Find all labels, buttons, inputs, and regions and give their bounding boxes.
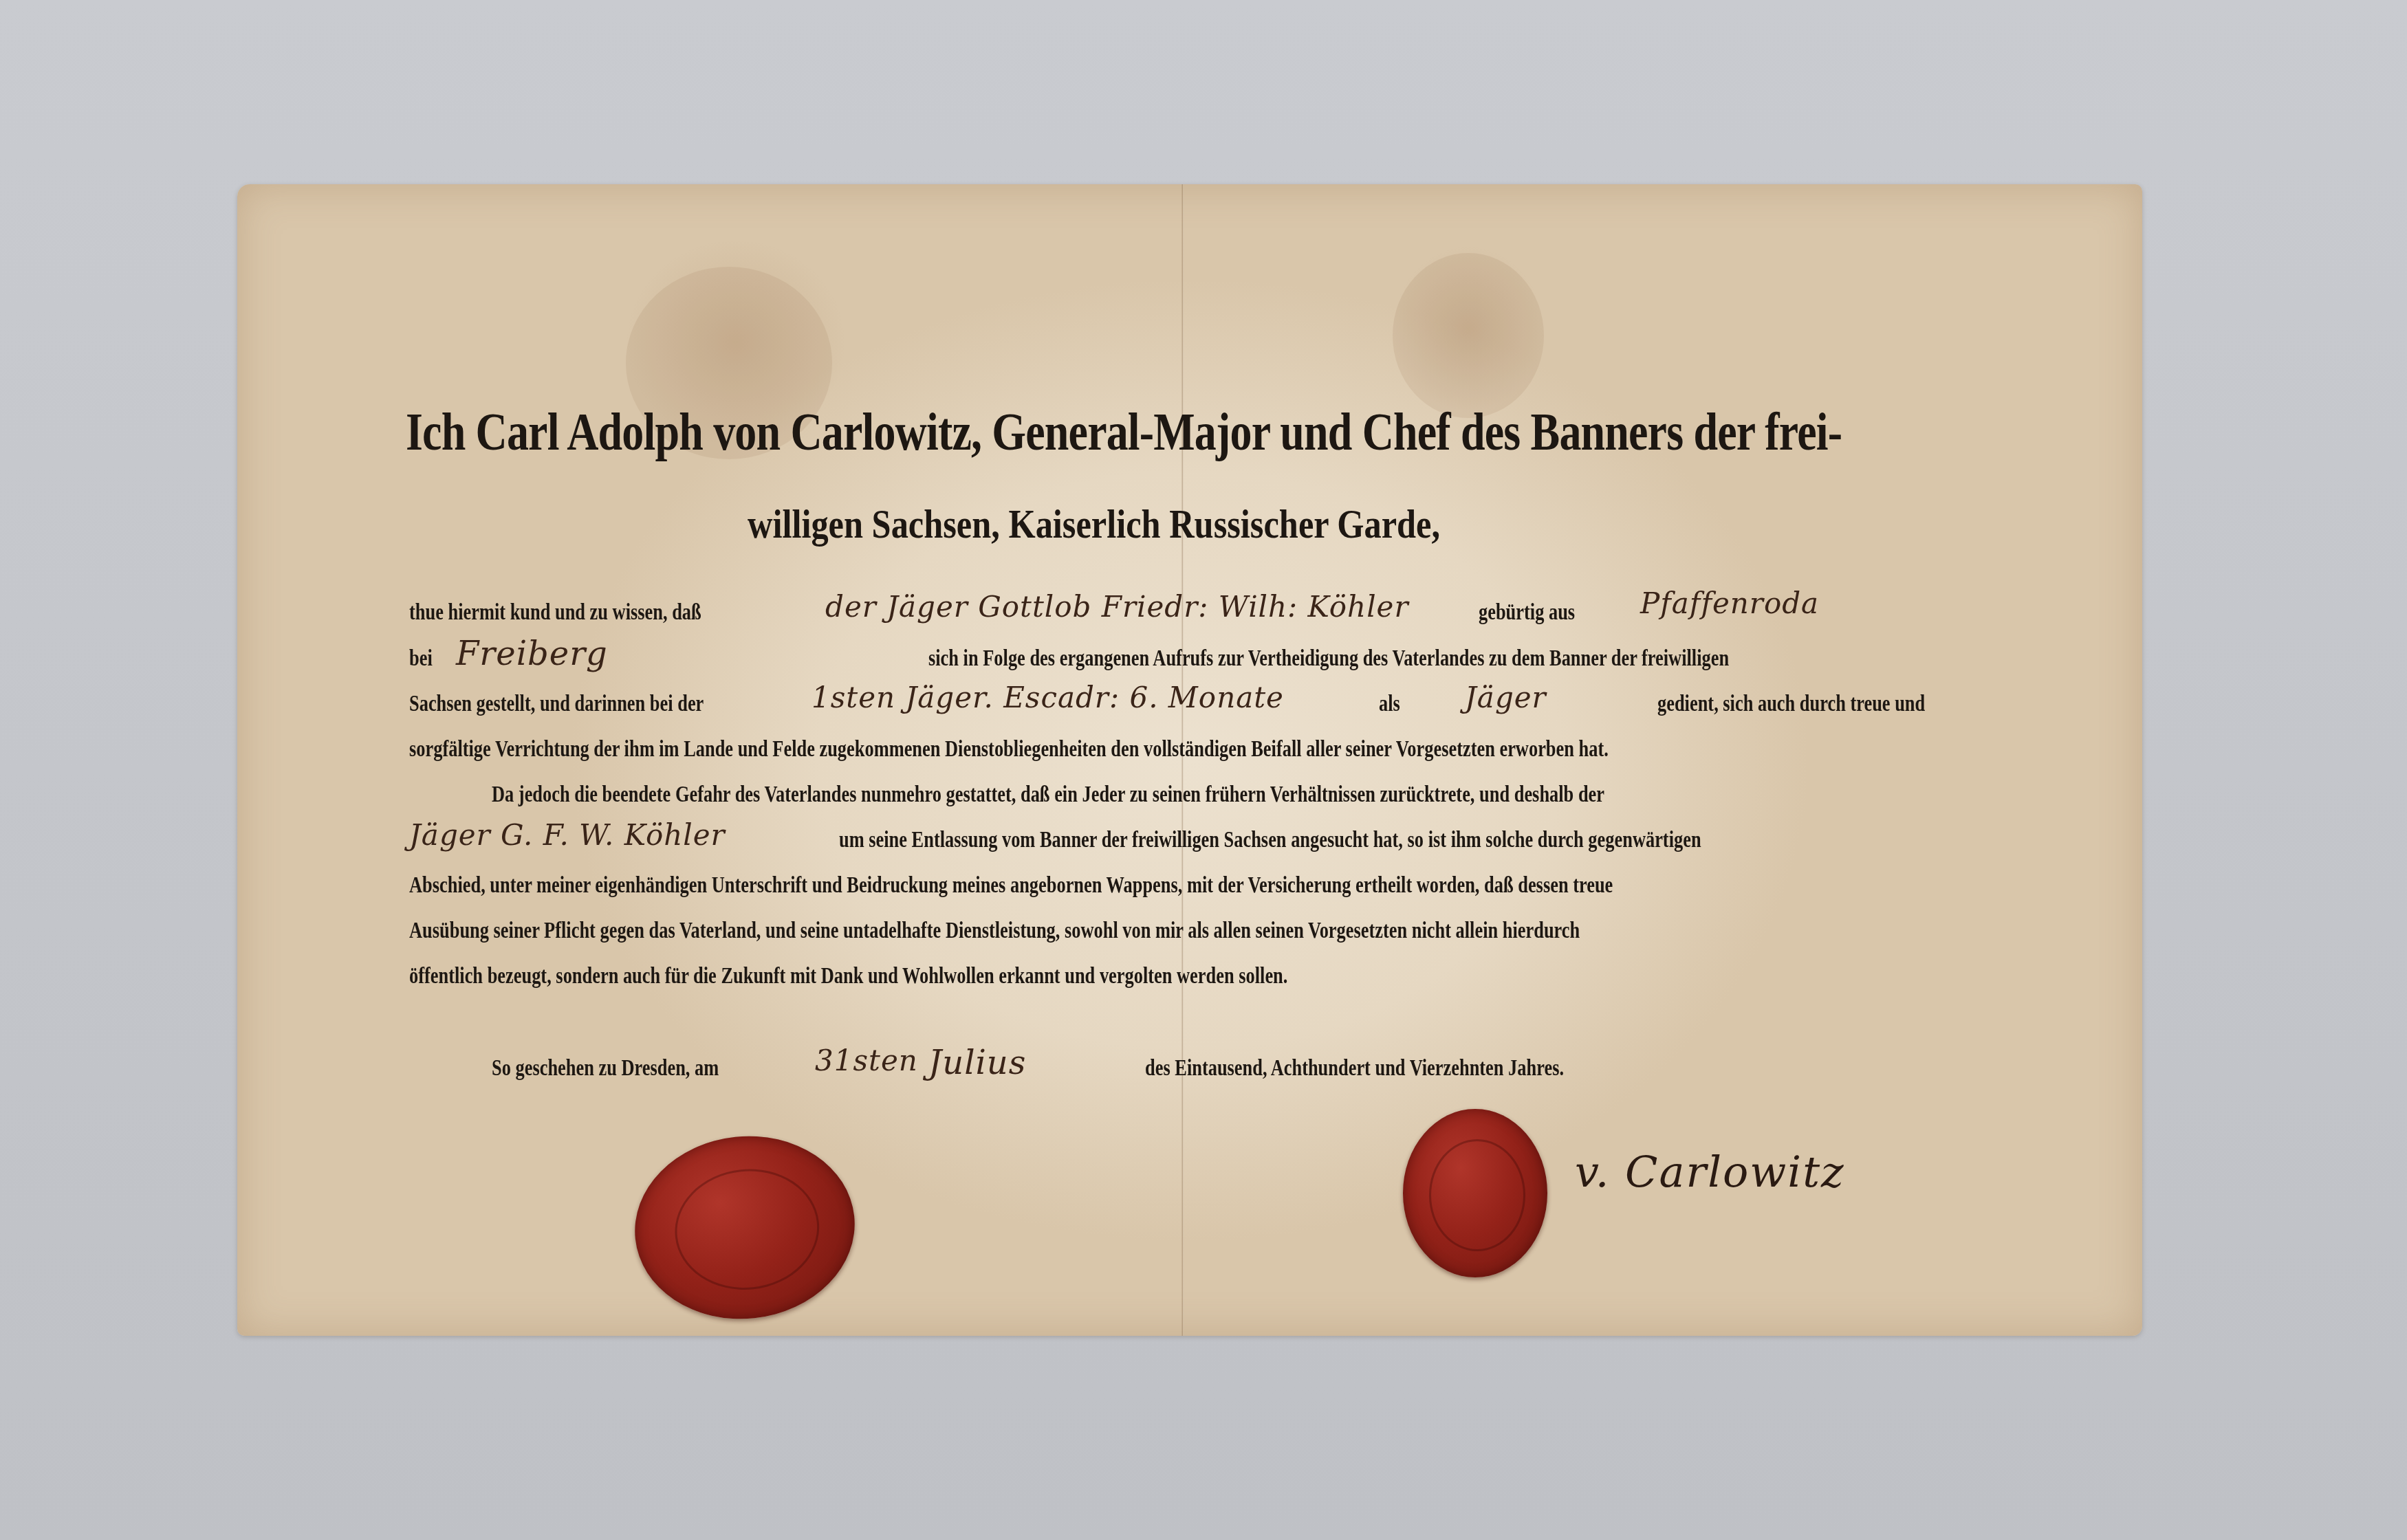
handwritten-town: Freiberg (456, 635, 608, 673)
body-line-2-printed-a: bei (409, 646, 433, 672)
body-line-7: Abschied, unter meiner eigenhändigen Unt… (409, 873, 1613, 899)
body-line-1-printed-a: thue hiermit kund und zu wissen, daß (409, 600, 701, 626)
body-line-3-printed-c: gedient, sich auch durch treue und (1657, 692, 1925, 717)
handwritten-unit: 1sten Jäger. Escadr: 6. Monate (812, 681, 1284, 714)
body-line-5: Da jedoch die beendete Gefahr des Vaterl… (492, 782, 1604, 808)
signature: v. Carlowitz (1575, 1147, 1845, 1197)
left-wax-seal (626, 1125, 864, 1330)
handwritten-month: Julius (928, 1044, 1026, 1082)
heading-line-2: willigen Sachsen, Kaiserlich Russischer … (748, 500, 1440, 548)
right-wax-seal (1403, 1109, 1547, 1277)
dateline-printed-b: des Eintausend, Achthundert und Vierzehn… (1145, 1056, 1564, 1081)
handwritten-day: 31sten (815, 1044, 918, 1077)
body-line-9: öffentlich bezeugt, sondern auch für die… (409, 964, 1287, 989)
handwritten-birthplace: Pfaffenroda (1640, 586, 1819, 620)
body-line-2-printed-b: sich in Folge des ergangenen Aufrufs zur… (928, 646, 1729, 672)
dateline-printed-a: So geschehen zu Dresden, am (492, 1056, 719, 1081)
certificate-paper: Ich Carl Adolph von Carlowitz, General-M… (237, 184, 2142, 1336)
water-stain-right (1393, 253, 1544, 418)
body-line-3-printed-b: als (1379, 692, 1400, 717)
body-line-3-printed-a: Sachsen gestellt, und darinnen bei der (409, 692, 704, 717)
heading-line-1: Ich Carl Adolph von Carlowitz, General-M… (406, 401, 1842, 463)
handwritten-name-short: Jäger G. F. W. Köhler (409, 818, 726, 852)
body-line-8: Ausübung seiner Pflicht gegen das Vaterl… (409, 918, 1580, 944)
handwritten-rank: Jäger (1465, 681, 1547, 714)
body-line-4: sorgfältige Verrichtung der ihm im Lande… (409, 737, 1609, 762)
handwritten-name: der Jäger Gottlob Friedr: Wilh: Köhler (825, 590, 1409, 624)
body-line-1-printed-b: gebürtig aus (1479, 600, 1575, 626)
body-line-6-printed: um seine Entlassung vom Banner der freiw… (839, 828, 1701, 853)
